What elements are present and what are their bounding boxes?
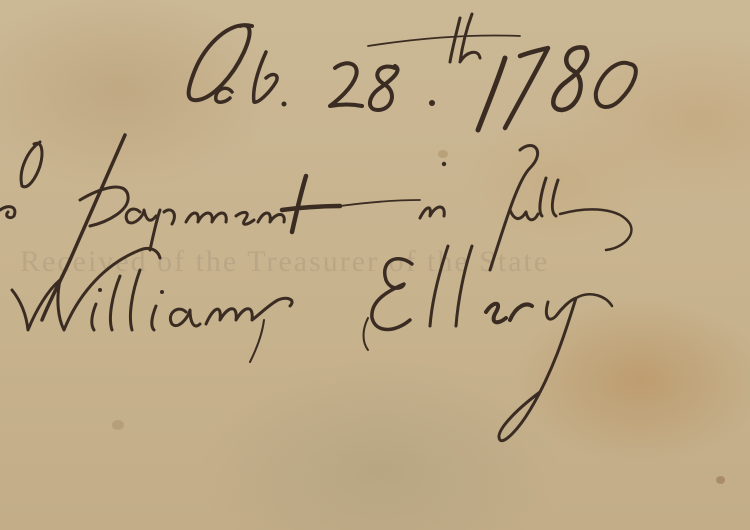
parchment-document: Received of the Treasurer of the State — [0, 0, 750, 530]
body-line-strokes — [0, 135, 631, 320]
signature-strokes — [12, 246, 612, 441]
handwriting-ink — [0, 0, 750, 530]
date-line-strokes — [189, 14, 636, 130]
